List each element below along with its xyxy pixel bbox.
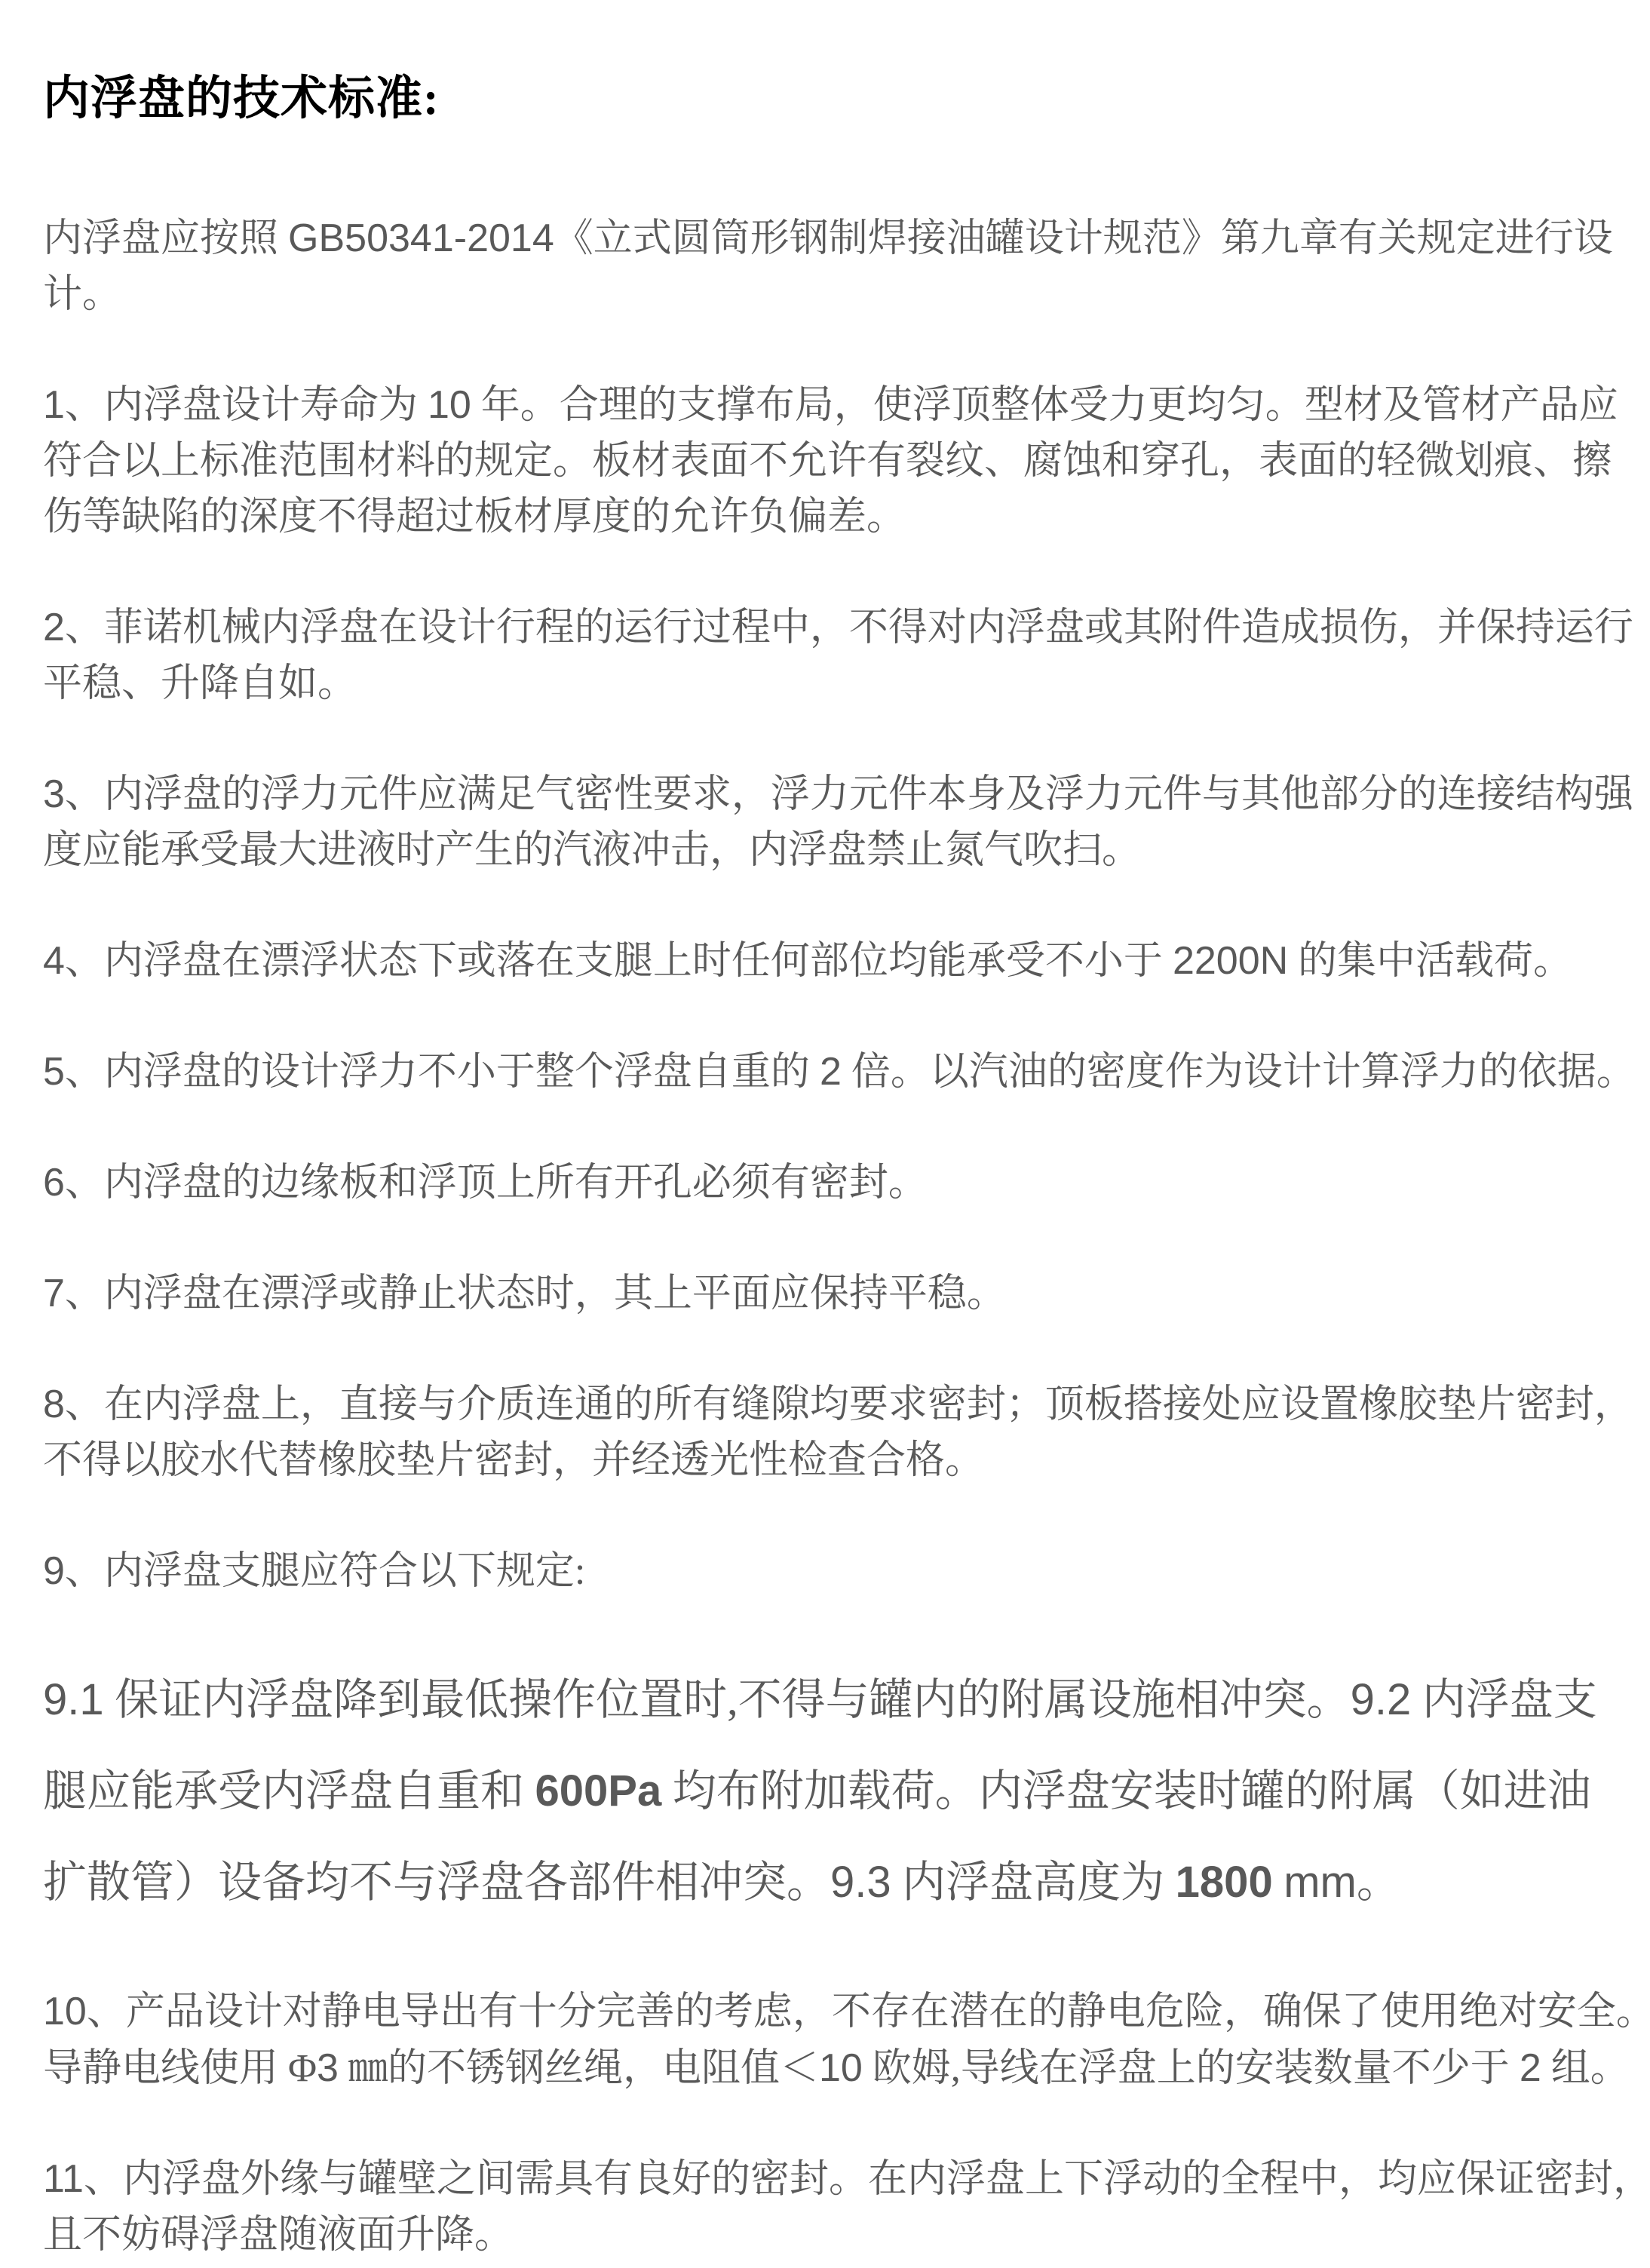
text-run: 不得以胶水代替橡胶垫片密封，并经透光性检查合格。 (43, 1439, 984, 1482)
text-run: 1 (43, 383, 65, 427)
text-run: 6 (43, 1161, 65, 1205)
text-run: 导静电线使用 Φ (43, 2047, 317, 2090)
text-run: 平稳、升降自如。 (43, 662, 357, 705)
text-run: 5 (43, 1050, 65, 1094)
text-line: 8、在内浮盘上，直接与介质连通的所有缝隙均要求密封；顶板搭接处应设置橡胶垫片密封… (43, 1376, 1612, 1433)
text-run: 倍。以汽油的密度作为设计计算浮力的依据。 (842, 1051, 1636, 1094)
text-run: 内浮盘高度为 (891, 1858, 1176, 1907)
text-line: 1、内浮盘设计寿命为 10 年。合理的支撑布局，使浮顶整体受力更均匀。型材及管材… (43, 377, 1612, 434)
text-line: 6、内浮盘的边缘板和浮顶上所有开孔必须有密封。 (43, 1155, 1612, 1211)
text-line: 且不妨碍浮盘随液面升降。 (43, 2208, 1612, 2263)
text-line: 符合以上标准范围材料的规定。板材表面不允许有裂纹、腐蚀和穿孔，表面的轻微划痕、擦 (43, 434, 1612, 490)
text-run: 3 (317, 2046, 339, 2090)
text-run: 9.2 (1351, 1675, 1412, 1724)
text-run: 计。 (43, 273, 121, 316)
text-run: 均布附加载荷。内浮盘安装时罐的附属（如进油 (661, 1766, 1591, 1815)
text-run: 、产品设计对静电导出有十分完善的考虑，不存在潜在的静电危险，确保了使用绝对安全。 (87, 1990, 1650, 2033)
text-line: 10、产品设计对静电导出有十分完善的考虑，不存在潜在的静电危险，确保了使用绝对安… (43, 1984, 1612, 2040)
page-title: 内浮盘的技术标准: (43, 72, 1612, 126)
text-line: 9.1 保证内浮盘降到最低操作位置时,不得与罐内的附属设施相冲突。9.2 内浮盘… (43, 1654, 1612, 1745)
text-run: mm (1284, 1858, 1357, 1907)
text-run: 10 (819, 2046, 863, 2090)
text-line: 2、菲诺机械内浮盘在设计行程的运行过程中，不得对内浮盘或其附件造成损伤，并保持运… (43, 600, 1612, 656)
text-run: 度应能承受最大进液时产生的汽液冲击，内浮盘禁止氮气吹扫。 (43, 829, 1141, 872)
text-run (1273, 1858, 1284, 1907)
text-run: 8 (43, 1383, 65, 1426)
text-run: 《立式圆筒形钢制焊接油罐设计规范》第九章有关规定进行设 (554, 217, 1613, 260)
text-run: 组。 (1541, 2047, 1630, 2090)
text-run: 9 (43, 1549, 65, 1593)
text-run: 3 (43, 772, 65, 816)
paragraph: 3、内浮盘的浮力元件应满足气密性要求，浮力元件本身及浮力元件与其他部分的连接结构… (43, 766, 1612, 879)
paragraph: 6、内浮盘的边缘板和浮顶上所有开孔必须有密封。 (43, 1155, 1612, 1211)
text-run: 、内浮盘的设计浮力不小于整个浮盘自重的 (65, 1051, 820, 1094)
text-run: 7 (43, 1272, 65, 1315)
text-run: 9.3 (830, 1858, 891, 1907)
paragraph: 8、在内浮盘上，直接与介质连通的所有缝隙均要求密封；顶板搭接处应设置橡胶垫片密封… (43, 1376, 1612, 1489)
text-line: 不得以胶水代替橡胶垫片密封，并经透光性检查合格。 (43, 1433, 1612, 1489)
text-run: 。 (1357, 1858, 1400, 1907)
text-run: 11 (43, 2157, 84, 2201)
text-run: 2 (820, 1050, 842, 1094)
text-run: 且不妨碍浮盘随液面升降。 (43, 2214, 514, 2257)
text-run: 腿应能承受内浮盘自重和 (43, 1766, 535, 1815)
text-run: 2 (1520, 2046, 1541, 2090)
text-line: 5、内浮盘的设计浮力不小于整个浮盘自重的 2 倍。以汽油的密度作为设计计算浮力的… (43, 1044, 1612, 1100)
text-run: 10 (428, 383, 471, 427)
text-line: 腿应能承受内浮盘自重和 600Pa 均布附加载荷。内浮盘安装时罐的附属（如进油 (43, 1745, 1612, 1837)
text-run: 年。合理的支撑布局，使浮顶整体受力更均匀。型材及管材产品应 (471, 384, 1618, 427)
text-line: 伤等缺陷的深度不得超过板材厚度的允许负偏差。 (43, 490, 1612, 545)
text-run: 4 (43, 939, 65, 983)
text-line: 3、内浮盘的浮力元件应满足气密性要求，浮力元件本身及浮力元件与其他部分的连接结构… (43, 766, 1612, 823)
text-run: 内浮盘支 (1411, 1675, 1597, 1724)
text-line: 计。 (43, 267, 1612, 323)
text-line: 度应能承受最大进液时产生的汽液冲击，内浮盘禁止氮气吹扫。 (43, 823, 1612, 879)
text-line: 9、内浮盘支腿应符合以下规定: (43, 1543, 1612, 1600)
text-run: 、内浮盘在漂浮或静止状态时，其上平面应保持平稳。 (65, 1272, 1006, 1315)
paragraph: 9、内浮盘支腿应符合以下规定: (43, 1543, 1612, 1600)
text-line: 导静电线使用 Φ3 ㎜的不锈钢丝绳，电阻值＜10 欧姆,导线在浮盘上的安装数量不… (43, 2040, 1612, 2097)
text-run: 1800 (1176, 1858, 1273, 1907)
text-run: 、内浮盘外缘与罐壁之间需具有良好的密封。在内浮盘上下浮动的全程中，均应保证密封， (84, 2158, 1650, 2201)
text-run: 600Pa (535, 1766, 662, 1815)
paragraph: 内浮盘应按照 GB50341-2014《立式圆筒形钢制焊接油罐设计规范》第九章有… (43, 210, 1612, 323)
text-line: 11、内浮盘外缘与罐壁之间需具有良好的密封。在内浮盘上下浮动的全程中，均应保证密… (43, 2151, 1612, 2208)
paragraph: 2、菲诺机械内浮盘在设计行程的运行过程中，不得对内浮盘或其附件造成损伤，并保持运… (43, 600, 1612, 712)
paragraph: 4、内浮盘在漂浮状态下或落在支腿上时任何部位均能承受不小于 2200N 的集中活… (43, 933, 1612, 990)
text-run: 伤等缺陷的深度不得超过板材厚度的允许负偏差。 (43, 496, 906, 539)
text-run: ㎜的不锈钢丝绳，电阻值＜ (339, 2047, 819, 2090)
paragraph: 11、内浮盘外缘与罐壁之间需具有良好的密封。在内浮盘上下浮动的全程中，均应保证密… (43, 2151, 1612, 2263)
text-run: 、菲诺机械内浮盘在设计行程的运行过程中，不得对内浮盘或其附件造成损伤，并保持运行 (65, 606, 1633, 649)
text-run: 扩散管）设备均不与浮盘各部件相冲突。 (43, 1858, 830, 1907)
text-run: 2 (43, 606, 65, 649)
text-run: 、内浮盘支腿应符合以下规定: (65, 1550, 585, 1593)
text-run: GB50341-2014 (288, 216, 554, 260)
text-run: 保证内浮盘降到最低操作位置时,不得与罐内的附属设施相冲突。 (104, 1675, 1351, 1724)
text-run: 符合以上标准范围材料的规定。板材表面不允许有裂纹、腐蚀和穿孔，表面的轻微划痕、擦 (43, 440, 1612, 483)
text-run: 、内浮盘在漂浮状态下或落在支腿上时任何部位均能承受不小于 (65, 940, 1173, 983)
text-line: 平稳、升降自如。 (43, 656, 1612, 712)
document-page: 内浮盘的技术标准: 内浮盘应按照 GB50341-2014《立式圆筒形钢制焊接油… (0, 0, 1650, 2268)
text-run: 内浮盘应按照 (43, 217, 288, 260)
text-run: 欧姆,导线在浮盘上的安装数量不少于 (863, 2047, 1520, 2090)
text-run: 、内浮盘的边缘板和浮顶上所有开孔必须有密封。 (65, 1162, 928, 1205)
paragraph: 10、产品设计对静电导出有十分完善的考虑，不存在潜在的静电危险，确保了使用绝对安… (43, 1984, 1612, 2097)
text-run: 9.1 (43, 1675, 104, 1724)
paragraph: 7、内浮盘在漂浮或静止状态时，其上平面应保持平稳。 (43, 1266, 1612, 1322)
text-line: 4、内浮盘在漂浮状态下或落在支腿上时任何部位均能承受不小于 2200N 的集中活… (43, 933, 1612, 990)
text-line: 7、内浮盘在漂浮或静止状态时，其上平面应保持平稳。 (43, 1266, 1612, 1322)
text-run: 的集中活载荷。 (1288, 940, 1572, 983)
text-line: 内浮盘应按照 GB50341-2014《立式圆筒形钢制焊接油罐设计规范》第九章有… (43, 210, 1612, 267)
paragraph: 9.1 保证内浮盘降到最低操作位置时,不得与罐内的附属设施相冲突。9.2 内浮盘… (43, 1654, 1612, 1928)
text-run: 、在内浮盘上，直接与介质连通的所有缝隙均要求密封；顶板搭接处应设置橡胶垫片密封， (65, 1383, 1633, 1426)
paragraph: 5、内浮盘的设计浮力不小于整个浮盘自重的 2 倍。以汽油的密度作为设计计算浮力的… (43, 1044, 1612, 1100)
text-run: 、内浮盘的浮力元件应满足气密性要求，浮力元件本身及浮力元件与其他部分的连接结构强 (65, 773, 1633, 816)
text-line: 扩散管）设备均不与浮盘各部件相冲突。9.3 内浮盘高度为 1800 mm。 (43, 1837, 1612, 1928)
text-run: 2200N (1173, 939, 1288, 983)
text-run: 、内浮盘设计寿命为 (65, 384, 428, 427)
document-body: 内浮盘应按照 GB50341-2014《立式圆筒形钢制焊接油罐设计规范》第九章有… (43, 210, 1612, 2263)
paragraph: 1、内浮盘设计寿命为 10 年。合理的支撑布局，使浮顶整体受力更均匀。型材及管材… (43, 377, 1612, 545)
text-run: 10 (43, 1990, 87, 2033)
